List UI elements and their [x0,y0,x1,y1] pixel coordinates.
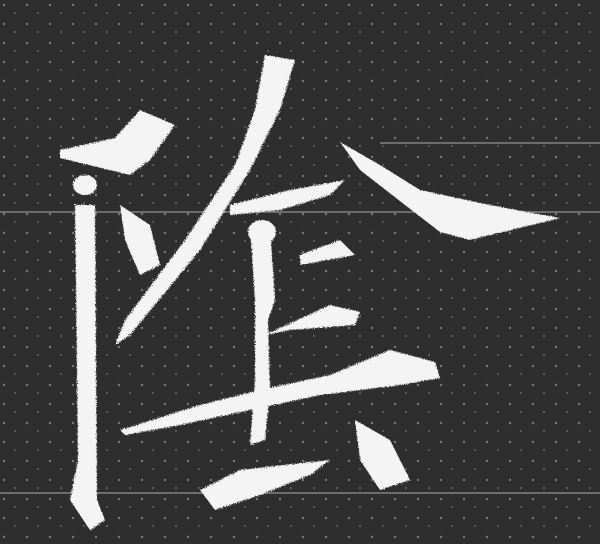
rubbing-image: 陮 [0,0,600,544]
calligraphy-character [0,0,600,544]
